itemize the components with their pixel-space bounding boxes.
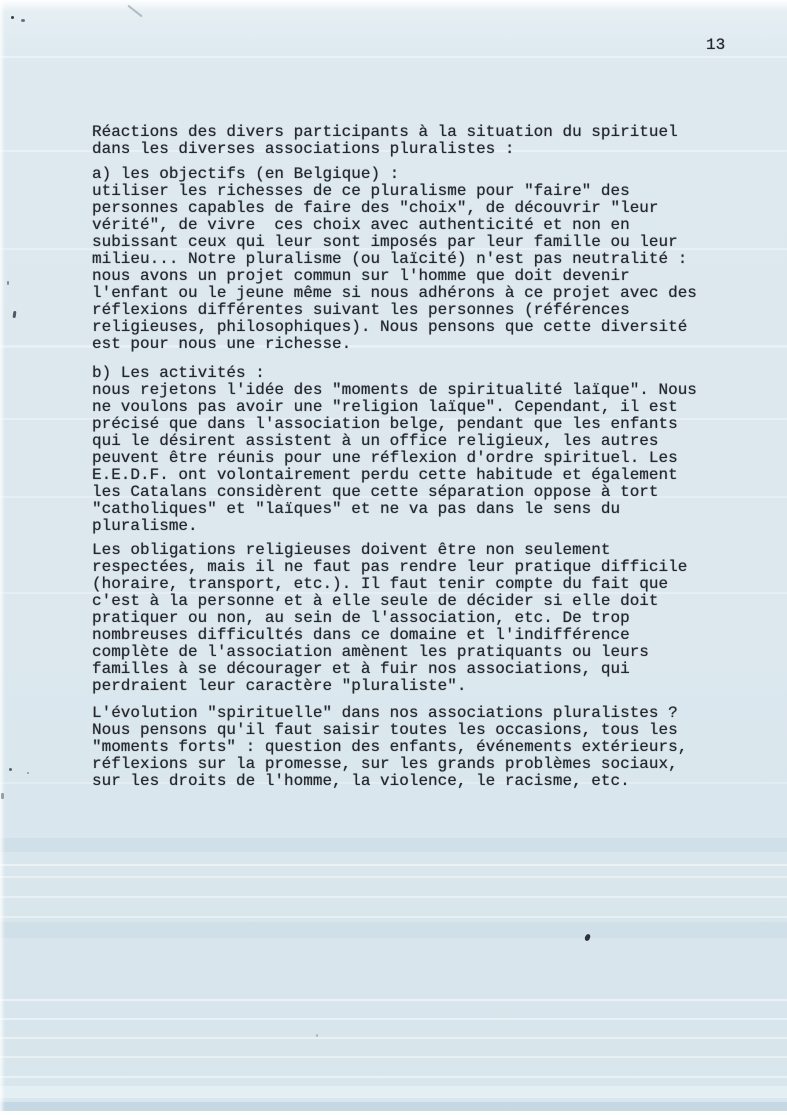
scan-speck — [13, 311, 17, 318]
scan-speck — [7, 281, 9, 285]
paragraph-intro: Réactions des divers participants à la s… — [92, 124, 678, 158]
paragraph-activites: b) Les activités : nous rejetons l'idée … — [92, 365, 697, 535]
scan-speck — [316, 1034, 318, 1037]
scan-edge-bottom — [0, 1111, 787, 1115]
scan-speck — [584, 933, 591, 941]
page-number: 13 — [706, 37, 725, 54]
scan-speck — [9, 768, 12, 771]
scan-speck — [11, 16, 14, 19]
scan-edge-top — [0, 0, 787, 12]
scan-edge-left — [0, 0, 5, 1115]
scanned-document-page: 13 Réactions des divers participants à l… — [0, 0, 787, 1115]
paragraph-obligations: Les obligations religieuses doivent être… — [92, 542, 687, 695]
paragraph-evolution: L'évolution "spirituelle" dans nos assoc… — [92, 705, 687, 790]
scan-speck — [27, 772, 29, 774]
paragraph-objectifs: a) les objectifs (en Belgique) : utilise… — [92, 166, 697, 353]
scan-speck — [21, 19, 25, 22]
